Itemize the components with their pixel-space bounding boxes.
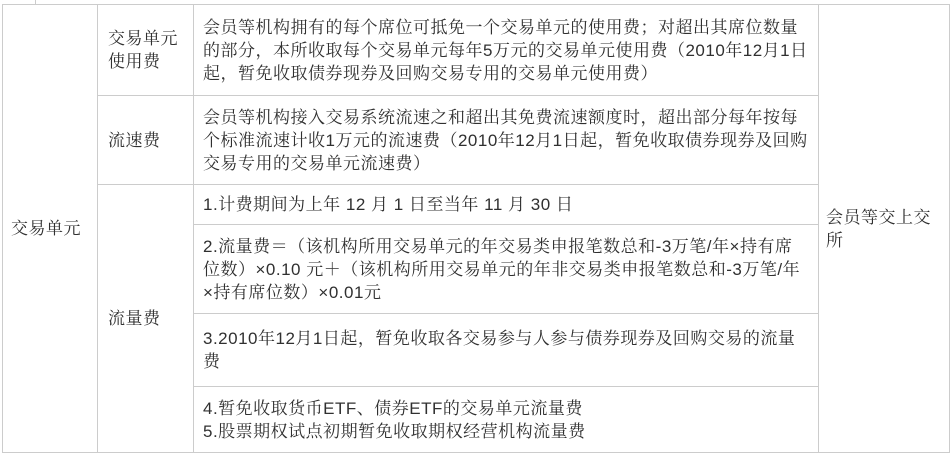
fee-type-cell-traffic-fee: 流量费 <box>98 185 194 453</box>
trading-unit-fee-table: 交易单元 交易单元使用费 会员等机构拥有的每个席位可抵免一个交易单元的使用费；对… <box>2 4 950 453</box>
fee-desc-cell-usage-fee: 会员等机构拥有的每个席位可抵免一个交易单元的使用费；对超出其席位数量的部分，本所… <box>194 5 819 96</box>
traffic-fee-item5-line: 5.股票期权试点初期暂免收取期权经营机构流量费 <box>203 420 808 443</box>
traffic-fee-item4-line: 4.暂免收取货币ETF、债券ETF的交易单元流量费 <box>203 397 808 420</box>
fee-desc-cell-traffic-item1: 1.计费期间为上年 12 月 1 日至当年 11 月 30 日 <box>194 185 819 225</box>
fee-type-cell-usage-fee: 交易单元使用费 <box>98 5 194 96</box>
table-row-flow-rate-fee: 流速费 会员等机构接入交易系统流速之和超出其免费流速额度时，超出部分每年按每个标… <box>3 96 950 185</box>
fee-type-cell-flow-rate-fee: 流速费 <box>98 96 194 185</box>
category-cell-trading-unit: 交易单元 <box>3 5 98 453</box>
table-row-traffic-fee-item1: 流量费 1.计费期间为上年 12 月 1 日至当年 11 月 30 日 <box>3 185 950 225</box>
fee-desc-cell-traffic-item3: 3.2010年12月1日起，暂免收取各交易参与人参与债券现券及回购交易的流量费 <box>194 314 819 387</box>
table-row-usage-fee: 交易单元 交易单元使用费 会员等机构拥有的每个席位可抵免一个交易单元的使用费；对… <box>3 5 950 96</box>
fee-desc-cell-traffic-item2: 2.流量费＝（该机构所用交易单元的年交易类申报笔数总和-3万笔/年×持有席位数）… <box>194 225 819 314</box>
fee-schedule-page: 交易单元 交易单元使用费 会员等机构拥有的每个席位可抵免一个交易单元的使用费；对… <box>0 0 951 459</box>
fee-desc-cell-flow-rate-fee: 会员等机构接入交易系统流速之和超出其免费流速额度时，超出部分每年按每个标准流速计… <box>194 96 819 185</box>
payer-cell: 会员等交上交所 <box>819 5 950 453</box>
fee-desc-cell-traffic-items4-5: 4.暂免收取货币ETF、债券ETF的交易单元流量费 5.股票期权试点初期暂免收取… <box>194 387 819 453</box>
